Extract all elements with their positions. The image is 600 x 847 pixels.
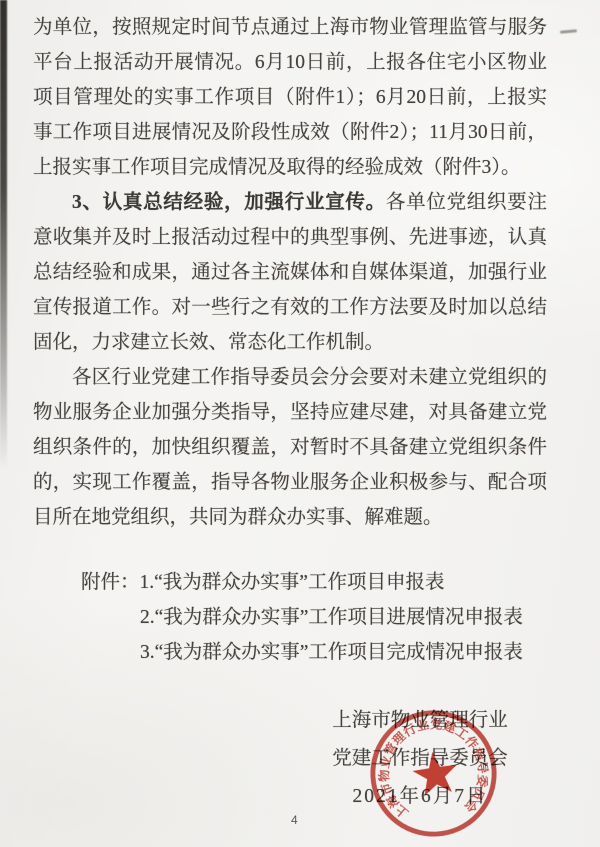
scan-edge-shadow <box>0 0 7 470</box>
paragraph-reporting-schedule: 为单位，按照规定时间节点通过上海市物业管理监管与服务平台上报活动开展情况。6月1… <box>33 10 547 185</box>
paragraph-summary-publicity: 3、认真总结经验，加强行业宣传。各单位党组织要注意收集并及时上报活动过程中的典型… <box>33 185 547 360</box>
attachment-item-2: 2.“我为群众办实事”工作项目进展情况申报表 <box>81 600 547 635</box>
seal-star <box>410 749 460 797</box>
scan-mark-dash <box>560 29 577 33</box>
document-page: 为单位，按照规定时间节点通过上海市物业管理监管与服务平台上报活动开展情况。6月1… <box>0 0 600 847</box>
page-number: 4 <box>291 813 298 827</box>
attachments-block: 附件：1.“我为群众办实事”工作项目申报表 2.“我为群众办实事”工作项目进展情… <box>33 565 547 670</box>
paragraph-body-text: 各单位党组织要注意收集并及时上报活动过程中的典型事例、先进事迹，认真总结经验和成… <box>33 192 547 353</box>
attachment-item-3: 3.“我为群众办实事”工作项目完成情况申报表 <box>81 635 547 670</box>
paragraph-district-guidance: 各区行业党建工作指导委员会分会要对未建立党组织的物业服务企业加强分类指导，坚持应… <box>33 360 547 535</box>
paragraph-bold-lead: 3、认真总结经验，加强行业宣传。 <box>72 192 386 213</box>
official-seal: 上海市物业管理行业党建工作指导委员会 <box>354 694 513 847</box>
attachment-item: 附件：1.“我为群众办实事”工作项目申报表 <box>81 565 547 600</box>
attachment-item-1: 1.“我为群众办实事”工作项目申报表 <box>140 572 445 593</box>
document-body: 为单位，按照规定时间节点通过上海市物业管理监管与服务平台上报活动开展情况。6月1… <box>33 10 547 670</box>
attachments-label: 附件： <box>81 572 140 593</box>
